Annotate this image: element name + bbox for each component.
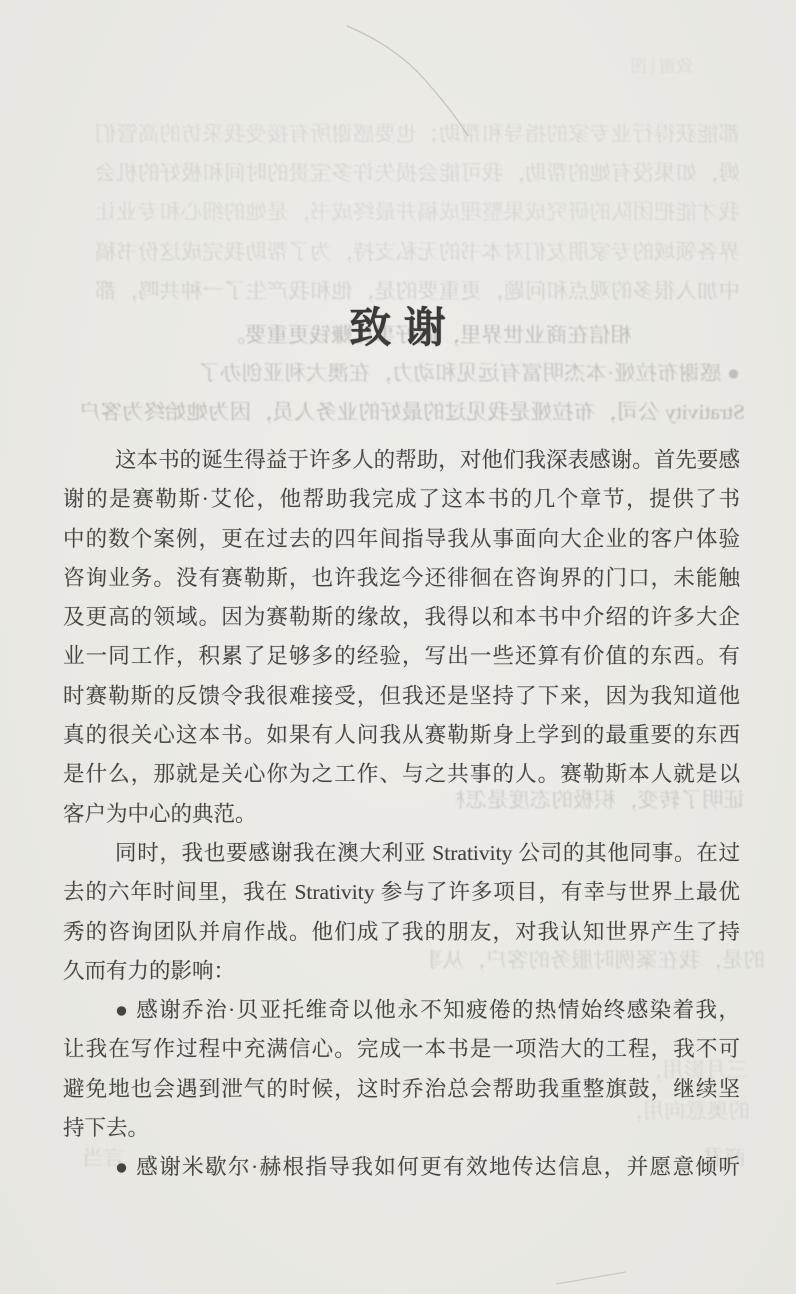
bleedthrough-line: 姆，如果没有她的帮助，我可能会损失许多宝贵的时间和极好的机会 <box>63 163 740 185</box>
body-line bullet-line: ● 感谢乔治·贝亚托维奇以他永不知疲倦的热情始终感染着我， <box>63 991 740 1030</box>
body-line: 让我在写作过程中充满信心。完成一本书是一项浩大的工程，我不可 <box>63 1030 740 1069</box>
body-line: 秀的咨询团队并肩作战。他们成了我的朋友，对我认知世界产生了持 <box>63 913 740 952</box>
scanned-book-page: 致谢 | 图 都能获得行业专家的指导和帮助；也要感谢所有接受我采访的高管们 姆，… <box>0 0 796 1294</box>
body-line bullet-line: ● 感谢米歇尔·赫根指导我如何更有效地传达信息，并愿意倾听 <box>63 1148 740 1187</box>
body-line: 谢的是赛勒斯·艾伦，他帮助我完成了这本书的几个章节，提供了书 <box>63 480 740 519</box>
body-line: 时赛勒斯的反馈令我很难接受，但我还是坚持了下来，因为我知道他 <box>63 677 740 716</box>
body-line: 客户为中心的典范。 <box>63 795 740 834</box>
body-line: 业一同工作，积累了足够多的经验，写出一些还算有价值的东西。有 <box>63 637 740 676</box>
bleedthrough-running-head: 致谢 | 图 <box>578 58 693 75</box>
body-line: 持下去。 <box>63 1109 740 1148</box>
body-line: 这本书的诞生得益于许多人的帮助，对他们我深表感谢。首先要感 <box>63 441 740 480</box>
bleedthrough-line: Strativity 公司，布拉娅是我见过的最好的业务人员，因为她始终为客户 <box>60 402 745 424</box>
body-line: 久而有力的影响： <box>63 952 740 991</box>
body-line: 真的很关心这本书。如果有人问我从赛勒斯身上学到的最重要的东西 <box>63 716 740 755</box>
acknowledgments-text: 这本书的诞生得益于许多人的帮助，对他们我深表感谢。首先要感 谢的是赛勒斯·艾伦，… <box>63 441 740 1188</box>
bleedthrough-line: 都能获得行业专家的指导和帮助；也要感谢所有接受我采访的高管们 <box>63 124 740 146</box>
body-line: 咨询业务。没有赛勒斯，也许我迄今还徘徊在咨询界的门口，未能触 <box>63 559 740 598</box>
body-line: 是什么，那就是关心你为之工作、与之共事的人。赛勒斯本人就是以 <box>63 755 740 794</box>
body-line: 及更高的领域。因为赛勒斯的缘故，我得以和本书中介绍的许多大企 <box>63 598 740 637</box>
scan-scratch-top-left <box>335 18 480 143</box>
bleedthrough-line: ● 感谢布拉娅·本杰明富有远见和动力，在澳大利亚创办了 <box>95 363 740 385</box>
scan-scratch-bottom-right <box>552 1266 632 1290</box>
body-line: 去的六年时间里，我在 Strativity 参与了许多项目，有幸与世界上最优 <box>63 873 740 912</box>
bleedthrough-line: 我才能把团队的研究成果整理成稿并最终成书，是她的细心和专业让 <box>63 202 740 224</box>
body-line: 同时，我也要感谢我在澳大利亚 Strativity 公司的其他同事。在过 <box>63 834 740 873</box>
body-line: 避免地也会遇到泄气的时候，这时乔治总会帮助我重整旗鼓，继续坚 <box>63 1070 740 1109</box>
bleedthrough-line: 界各领域的专家朋友们对本书的无私支持，为了帮助我完成这份书稿 <box>63 242 740 264</box>
page-title: 致 谢 <box>0 295 796 355</box>
body-line: 中的数个案例，更在过去的四年间指导我从事面向大企业的客户体验 <box>63 520 740 559</box>
